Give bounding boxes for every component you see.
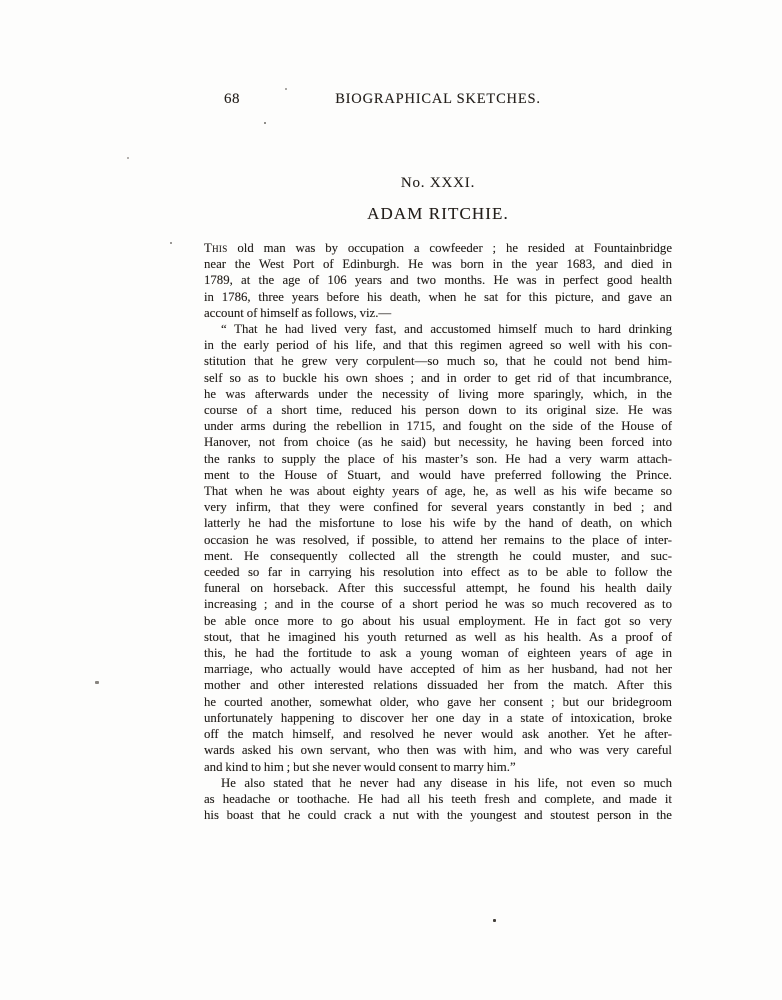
text-line: very infirm, that they were confined for… [204, 499, 672, 515]
text-line: funeral on horseback. After this success… [204, 580, 672, 596]
text-line: latterly he had the misfortune to lose h… [204, 515, 672, 531]
ink-speck [170, 242, 172, 244]
text-line: mother and other interested relations di… [204, 677, 672, 693]
lead-word: This [204, 241, 228, 255]
text-line: He also stated that he never had any dis… [204, 775, 672, 791]
text-line: Hanover, not from choice (as he said) bu… [204, 434, 672, 450]
text-line: and kind to him ; but she never would co… [204, 759, 672, 775]
body-text: This old man was by occupation a cowfeed… [204, 240, 672, 823]
text-line: occasion he was resolved, if possible, t… [204, 532, 672, 548]
book-page: 68 BIOGRAPHICAL SKETCHES. No. XXXI. ADAM… [0, 0, 782, 1000]
text-line: “ That he had lived very fast, and accus… [204, 321, 672, 337]
text-line: he was afterwards under the necessity of… [204, 386, 672, 402]
section-number: No. XXXI. [204, 175, 672, 192]
text-line: in 1786, three years before his death, w… [204, 289, 672, 305]
text-line: ment to the House of Stuart, and would h… [204, 467, 672, 483]
text-line: in the early period of his life, and tha… [204, 337, 672, 353]
ink-speck [95, 681, 99, 684]
text-line: stout, that he imagined his youth return… [204, 629, 672, 645]
text-line: increasing ; and in the course of a shor… [204, 596, 672, 612]
text-line: marriage, who actually would have accept… [204, 661, 672, 677]
text-line: near the West Port of Edinburgh. He was … [204, 256, 672, 272]
text-line: ment. He consequently collected all the … [204, 548, 672, 564]
text-line: 1789, at the age of 106 years and two mo… [204, 272, 672, 288]
text-line: off the match himself, and resolved he n… [204, 726, 672, 742]
text-line: unfortunately happening to discover her … [204, 710, 672, 726]
ink-speck [264, 122, 266, 124]
text-line: That when he was about eighty years of a… [204, 483, 672, 499]
text-line: account of himself as follows, viz.— [204, 305, 672, 321]
text-line: the ranks to supply the place of his mas… [204, 451, 672, 467]
text-line: this, he had the fortitude to ask a youn… [204, 645, 672, 661]
text-line: self so as to buckle his own shoes ; and… [204, 370, 672, 386]
text-line: wards asked his own servant, who then wa… [204, 742, 672, 758]
running-header: BIOGRAPHICAL SKETCHES. [204, 91, 672, 108]
text-line: he courted another, somewhat older, who … [204, 694, 672, 710]
text-line: be able once more to go about his usual … [204, 613, 672, 629]
text-line: stitution that he grew very corpulent—so… [204, 353, 672, 369]
ink-speck [285, 88, 287, 90]
text-line: as headache or toothache. He had all his… [204, 791, 672, 807]
text-line: course of a short time, reduced his pers… [204, 402, 672, 418]
ink-speck [493, 919, 496, 922]
text-line: his boast that he could crack a nut with… [204, 807, 672, 823]
text-line: under arms during the rebellion in 1715,… [204, 418, 672, 434]
page-title: ADAM RITCHIE. [204, 204, 672, 224]
ink-speck [127, 157, 129, 159]
text-line: This old man was by occupation a cowfeed… [204, 240, 672, 256]
text-line: ceeded so far in carrying his resolution… [204, 564, 672, 580]
